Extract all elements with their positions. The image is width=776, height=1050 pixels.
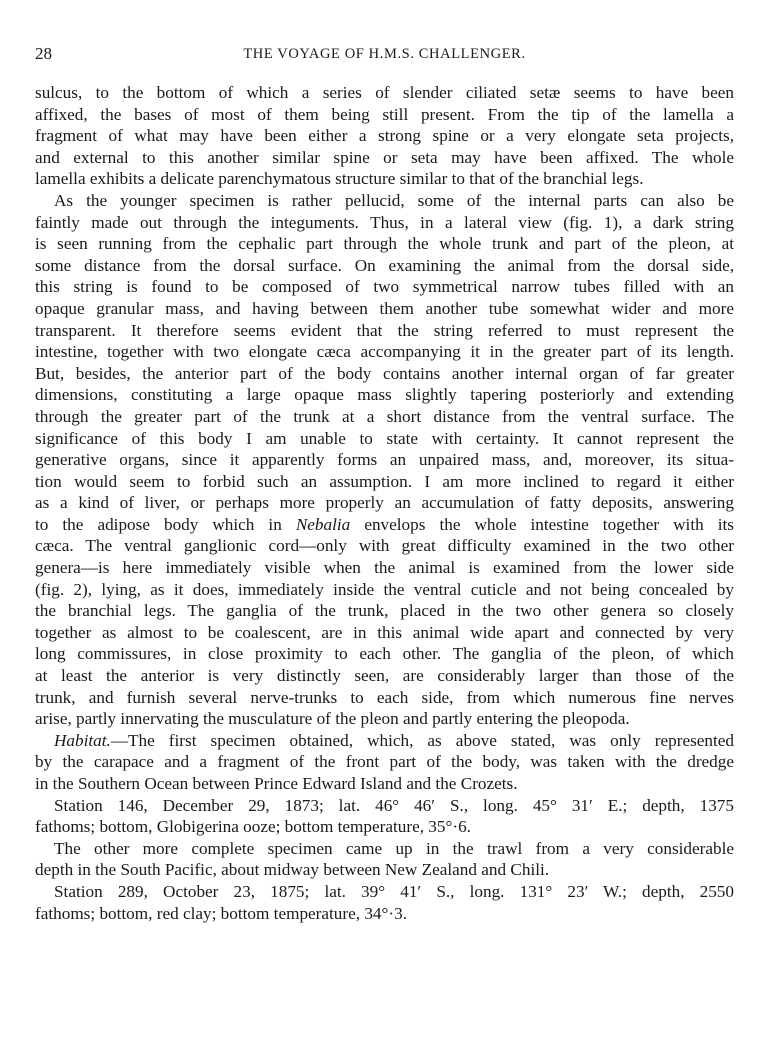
text-line: some distance from the dorsal surface. O…: [35, 255, 734, 277]
text-line: lamella exhibits a delicate parenchymato…: [35, 168, 734, 190]
text-line: and external to this another similar spi…: [35, 147, 734, 169]
text-line: Habitat.—The first specimen obtained, wh…: [35, 730, 734, 752]
paragraph: sulcus, to the bottom of which a series …: [35, 82, 734, 190]
text-line: But, besides, the anterior part of the b…: [35, 363, 734, 385]
text-line: opaque granular mass, and having between…: [35, 298, 734, 320]
text-line: The other more complete specimen came up…: [35, 838, 734, 860]
text-line: depth in the South Pacific, about midway…: [35, 859, 734, 881]
text-line: transparent. It therefore seems evident …: [35, 320, 734, 342]
document-page: 28 THE VOYAGE OF H.M.S. CHALLENGER. sulc…: [0, 0, 776, 1050]
text-line: Station 146, December 29, 1873; lat. 46°…: [35, 795, 734, 817]
text-line: fragment of what may have been either a …: [35, 125, 734, 147]
paragraph: Habitat.—The first specimen obtained, wh…: [35, 730, 734, 795]
text-line: As the younger specimen is rather pelluc…: [35, 190, 734, 212]
text-line: sulcus, to the bottom of which a series …: [35, 82, 734, 104]
text-line: affixed, the bases of most of them being…: [35, 104, 734, 126]
text-line: as a kind of liver, or perhaps more prop…: [35, 492, 734, 514]
running-title: THE VOYAGE OF H.M.S. CHALLENGER.: [35, 43, 734, 65]
text-line: by the carapace and a fragment of the fr…: [35, 751, 734, 773]
text-line: fathoms; bottom, red clay; bottom temper…: [35, 903, 734, 925]
text-line: long commissures, in close proximity to …: [35, 643, 734, 665]
paragraph: As the younger specimen is rather pelluc…: [35, 190, 734, 730]
text-line: cæca. The ventral ganglionic cord—only w…: [35, 535, 734, 557]
text-line: this string is found to be composed of t…: [35, 276, 734, 298]
text-line: arise, partly innervating the musculatur…: [35, 708, 734, 730]
text-line: the branchial legs. The ganglia of the t…: [35, 600, 734, 622]
text-line: fathoms; bottom, Globigerina ooze; botto…: [35, 816, 734, 838]
text-line: together as almost to be coalescent, are…: [35, 622, 734, 644]
text-line: genera—is here immediately visible when …: [35, 557, 734, 579]
paragraph: Station 289, October 23, 1875; lat. 39° …: [35, 881, 734, 924]
italic-term: Habitat.: [54, 731, 111, 750]
text-line: faintly made out through the integuments…: [35, 212, 734, 234]
text-line: Station 289, October 23, 1875; lat. 39° …: [35, 881, 734, 903]
body-text: sulcus, to the bottom of which a series …: [35, 82, 734, 924]
text-line: tion would seem to forbid such an assump…: [35, 471, 734, 493]
text-line: trunk, and furnish several nerve-trunks …: [35, 687, 734, 709]
text-line: (fig. 2), lying, as it does, immediately…: [35, 579, 734, 601]
paragraph: Station 146, December 29, 1873; lat. 46°…: [35, 795, 734, 838]
running-head: 28 THE VOYAGE OF H.M.S. CHALLENGER.: [35, 43, 734, 65]
text-line: significance of this body I am unable to…: [35, 428, 734, 450]
italic-term: Nebalia: [296, 515, 350, 534]
text-line: in the Southern Ocean between Prince Edw…: [35, 773, 734, 795]
text-line: dimensions, constituting a large opaque …: [35, 384, 734, 406]
text-line: generative organs, since it apparently f…: [35, 449, 734, 471]
text-line: intestine, together with two elongate cæ…: [35, 341, 734, 363]
text-line: is seen running from the cephalic part t…: [35, 233, 734, 255]
paragraph: The other more complete specimen came up…: [35, 838, 734, 881]
text-line: at least the anterior is very distinctly…: [35, 665, 734, 687]
text-line: through the greater part of the trunk at…: [35, 406, 734, 428]
text-line: to the adipose body which in Nebalia env…: [35, 514, 734, 536]
